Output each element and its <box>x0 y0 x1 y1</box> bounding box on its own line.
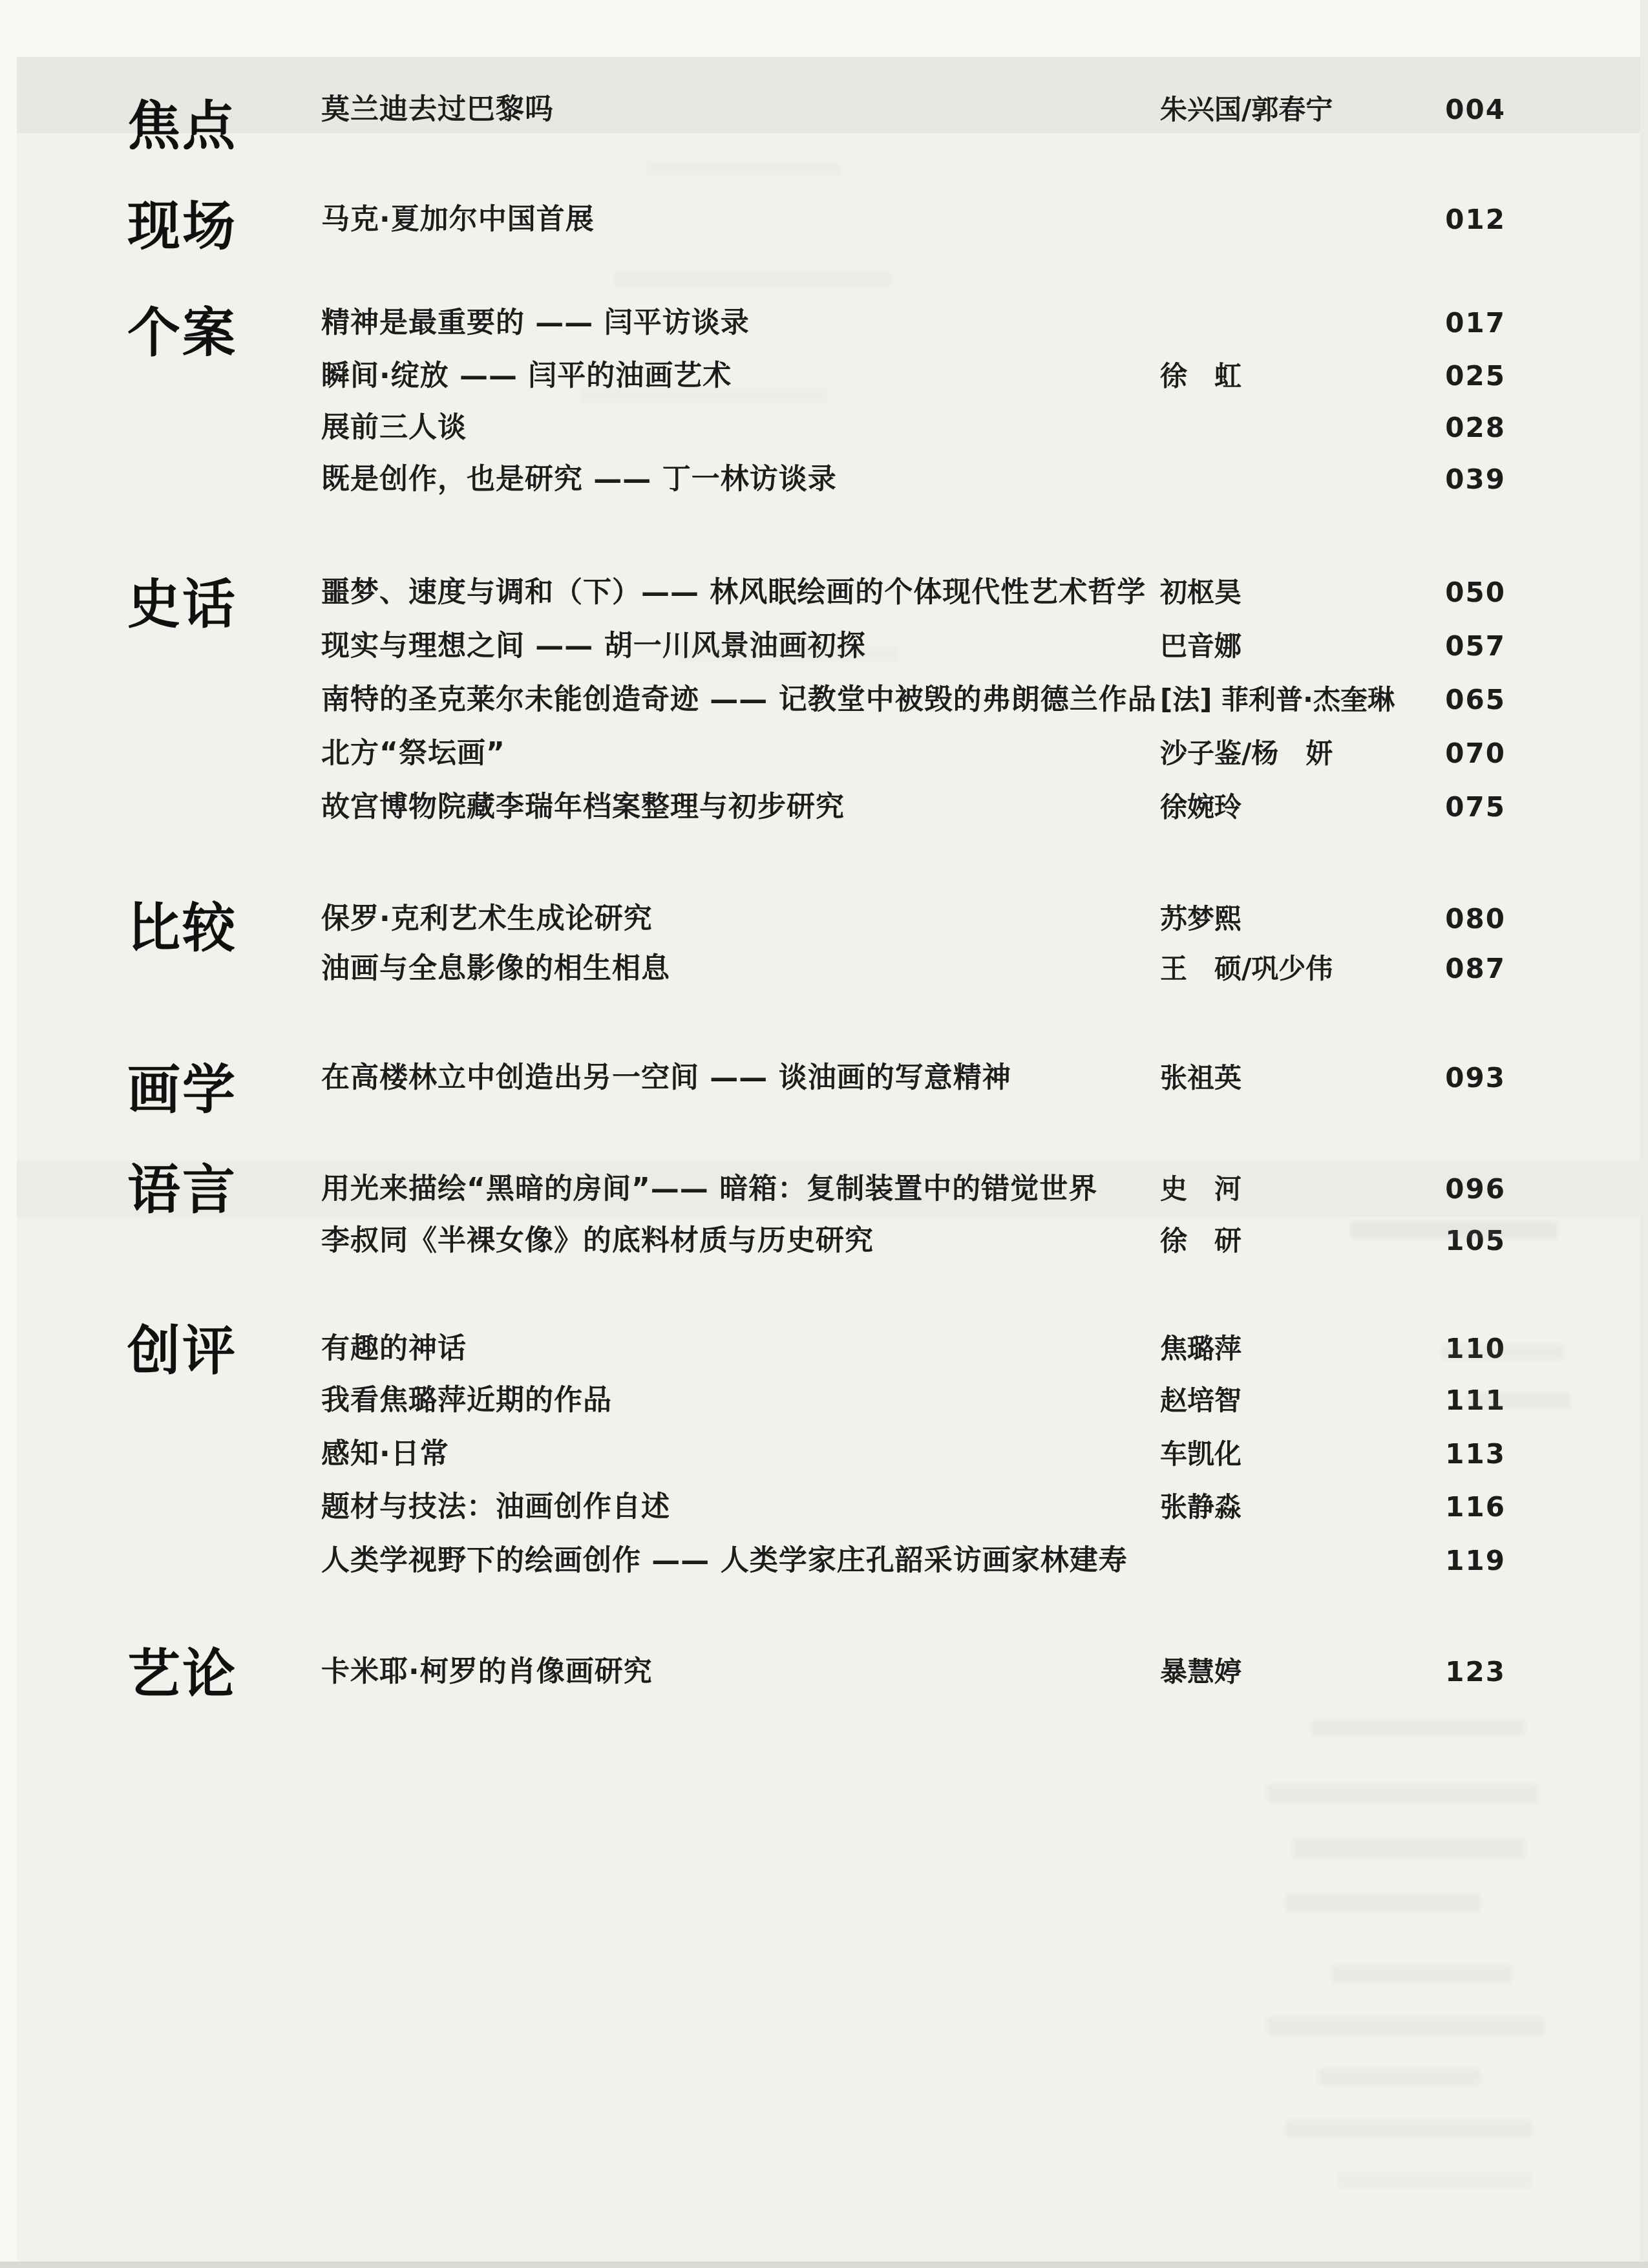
entry-page-number: 025 <box>1383 357 1506 396</box>
toc-entry: 莫兰迪去过巴黎吗 朱兴国/郭春宁 004 <box>0 90 1648 129</box>
show-through-mark <box>646 162 840 176</box>
toc-entry: 既是创作，也是研究 —— 丁一林访谈录 039 <box>0 460 1648 499</box>
entry-title: 人类学视野下的绘画创作 —— 人类学家庄孔韶采访画家林建寿 <box>321 1542 1128 1580</box>
entry-author: [法] 菲利普·杰奎琳 <box>1160 681 1395 719</box>
toc-entry: 卡米耶·柯罗的肖像画研究 暴慧婷 123 <box>0 1653 1648 1691</box>
show-through-mark <box>679 646 898 662</box>
show-through-mark <box>1318 2068 1480 2085</box>
show-through-mark <box>1293 1839 1525 1858</box>
entry-title: 感知·日常 <box>321 1435 449 1474</box>
entry-author: 徐 研 <box>1160 1222 1241 1260</box>
toc-entry: 在高楼林立中创造出另一空间 —— 谈油画的写意精神 张祖英 093 <box>0 1059 1648 1097</box>
show-through-mark <box>1267 2017 1545 2036</box>
entry-author: 张静淼 <box>1160 1488 1241 1527</box>
entry-title: 精神是最重要的 —— 闫平访谈录 <box>321 304 750 343</box>
entry-page-number: 123 <box>1383 1653 1506 1691</box>
entry-author: 徐 虹 <box>1160 357 1241 396</box>
entry-title: 北方“祭坛画” <box>321 734 505 773</box>
entry-page-number: 093 <box>1383 1059 1506 1097</box>
entry-title: 李叔同《半裸女像》的底料材质与历史研究 <box>321 1222 874 1260</box>
show-through-mark <box>1331 1965 1512 1983</box>
entry-page-number: 080 <box>1383 900 1506 938</box>
entry-title: 马克·夏加尔中国首展 <box>321 200 595 239</box>
entry-author: 王 硕/巩少伟 <box>1160 949 1333 988</box>
toc-entry: 展前三人谈 028 <box>0 408 1648 447</box>
entry-page-number: 096 <box>1383 1170 1506 1209</box>
entry-author: 暴慧婷 <box>1160 1653 1241 1691</box>
entry-title: 既是创作，也是研究 —— 丁一林访谈录 <box>321 460 837 499</box>
scan-edge-bottom <box>0 2262 1648 2268</box>
toc-entry: 南特的圣克莱尔未能创造奇迹 —— 记教堂中被毁的弗朗德兰作品 [法] 菲利普·杰… <box>0 681 1648 719</box>
entry-page-number: 116 <box>1383 1488 1506 1527</box>
show-through-mark <box>1312 1719 1525 1736</box>
toc-entry: 感知·日常 车凯化 113 <box>0 1435 1648 1474</box>
entry-title: 故宫博物院藏李瑞年档案整理与初步研究 <box>321 788 845 827</box>
toc-entry: 题材与技法：油画创作自述 张静淼 116 <box>0 1488 1648 1527</box>
entry-page-number: 057 <box>1383 627 1506 666</box>
entry-page-number: 075 <box>1383 788 1506 827</box>
entry-title: 油画与全息影像的相生相息 <box>321 949 670 988</box>
entry-page-number: 017 <box>1383 304 1506 343</box>
show-through-mark <box>614 271 892 287</box>
toc-entry: 人类学视野下的绘画创作 —— 人类学家庄孔韶采访画家林建寿 119 <box>0 1542 1648 1580</box>
entry-title: 用光来描绘“黑暗的房间”—— 暗箱：复制装置中的错觉世界 <box>321 1170 1097 1209</box>
entry-title: 莫兰迪去过巴黎吗 <box>321 90 554 129</box>
entry-title: 噩梦、速度与调和（下）—— 林风眠绘画的个体现代性艺术哲学 <box>321 573 1146 612</box>
entry-page-number: 065 <box>1383 681 1506 719</box>
entry-page-number: 012 <box>1383 200 1506 239</box>
entry-author: 巴音娜 <box>1160 627 1241 666</box>
entry-title: 有趣的神话 <box>321 1330 467 1368</box>
toc-entry: 用光来描绘“黑暗的房间”—— 暗箱：复制装置中的错觉世界 史 河 096 <box>0 1170 1648 1209</box>
show-through-mark <box>1286 2120 1532 2138</box>
entry-author: 赵培智 <box>1160 1381 1241 1420</box>
entry-title: 卡米耶·柯罗的肖像画研究 <box>321 1653 653 1691</box>
show-through-mark <box>1338 2172 1532 2189</box>
toc-entry: 北方“祭坛画” 沙子鉴/杨 妍 070 <box>0 734 1648 773</box>
toc-entry: 保罗·克利艺术生成论研究 苏梦熙 080 <box>0 900 1648 938</box>
toc-entry: 故宫博物院藏李瑞年档案整理与初步研究 徐婉玲 075 <box>0 788 1648 827</box>
entry-author: 张祖英 <box>1160 1059 1241 1097</box>
entry-title: 展前三人谈 <box>321 408 467 447</box>
scan-edge-top <box>0 0 1648 57</box>
entry-page-number: 039 <box>1383 460 1506 499</box>
toc-entry: 油画与全息影像的相生相息 王 硕/巩少伟 087 <box>0 949 1648 988</box>
entry-page-number: 087 <box>1383 949 1506 988</box>
toc-entry: 精神是最重要的 —— 闫平访谈录 017 <box>0 304 1648 343</box>
entry-author: 史 河 <box>1160 1170 1241 1209</box>
entry-page-number: 070 <box>1383 734 1506 773</box>
show-through-mark <box>1267 1784 1538 1803</box>
entry-author: 朱兴国/郭春宁 <box>1160 90 1333 129</box>
entry-author: 焦璐萍 <box>1160 1330 1241 1368</box>
entry-author: 徐婉玲 <box>1160 788 1241 827</box>
show-through-mark <box>1441 1344 1564 1360</box>
entry-title: 在高楼林立中创造出另一空间 —— 谈油画的写意精神 <box>321 1059 1011 1097</box>
toc-entry: 噩梦、速度与调和（下）—— 林风眠绘画的个体现代性艺术哲学 初枢昊 050 <box>0 573 1648 612</box>
toc-entry: 我看焦璐萍近期的作品 赵培智 111 <box>0 1381 1648 1420</box>
entry-title: 南特的圣克莱尔未能创造奇迹 —— 记教堂中被毁的弗朗德兰作品 <box>321 681 1157 719</box>
entry-title: 我看焦璐萍近期的作品 <box>321 1381 612 1420</box>
entry-author: 初枢昊 <box>1160 573 1241 612</box>
toc-entry: 有趣的神话 焦璐萍 110 <box>0 1330 1648 1368</box>
show-through-mark <box>1467 1393 1570 1408</box>
entry-author: 沙子鉴/杨 妍 <box>1160 734 1333 773</box>
show-through-mark <box>582 388 827 403</box>
entry-title: 保罗·克利艺术生成论研究 <box>321 900 653 938</box>
show-through-mark <box>1286 1894 1480 1912</box>
show-through-mark <box>1351 1222 1558 1238</box>
entry-author: 苏梦熙 <box>1160 900 1241 938</box>
toc-page: 焦点 现场 个案 史话 比较 画学 语言 创评 艺论 莫兰迪去过巴黎吗 朱兴国/… <box>0 0 1648 2268</box>
entry-page-number: 004 <box>1383 90 1506 129</box>
entry-page-number: 028 <box>1383 408 1506 447</box>
entry-page-number: 119 <box>1383 1542 1506 1580</box>
entry-page-number: 113 <box>1383 1435 1506 1474</box>
toc-entry: 马克·夏加尔中国首展 012 <box>0 200 1648 239</box>
entry-title: 题材与技法：油画创作自述 <box>321 1488 670 1527</box>
entry-page-number: 050 <box>1383 573 1506 612</box>
entry-author: 车凯化 <box>1160 1435 1241 1474</box>
